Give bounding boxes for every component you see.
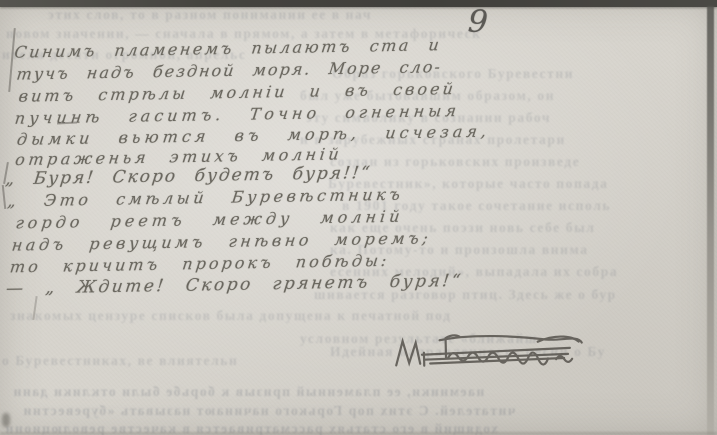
- manuscript-photo: этих слов, то в разном понимании ее в на…: [0, 0, 717, 435]
- corner-smudge: [2, 413, 10, 427]
- manuscript-line: гордо реетъ между молній: [15, 207, 405, 233]
- photo-right-edge: [707, 6, 714, 435]
- manuscript-line: „ Это смѣлый Буревѣстникъ: [6, 185, 404, 211]
- signature-scrawl: [387, 326, 588, 379]
- signature: М. Горькій: [387, 326, 588, 383]
- handwriting-block: Синимъ пламенемъ пылаютъ ста и тучъ надъ…: [0, 0, 717, 435]
- photo-top-edge: [0, 0, 717, 7]
